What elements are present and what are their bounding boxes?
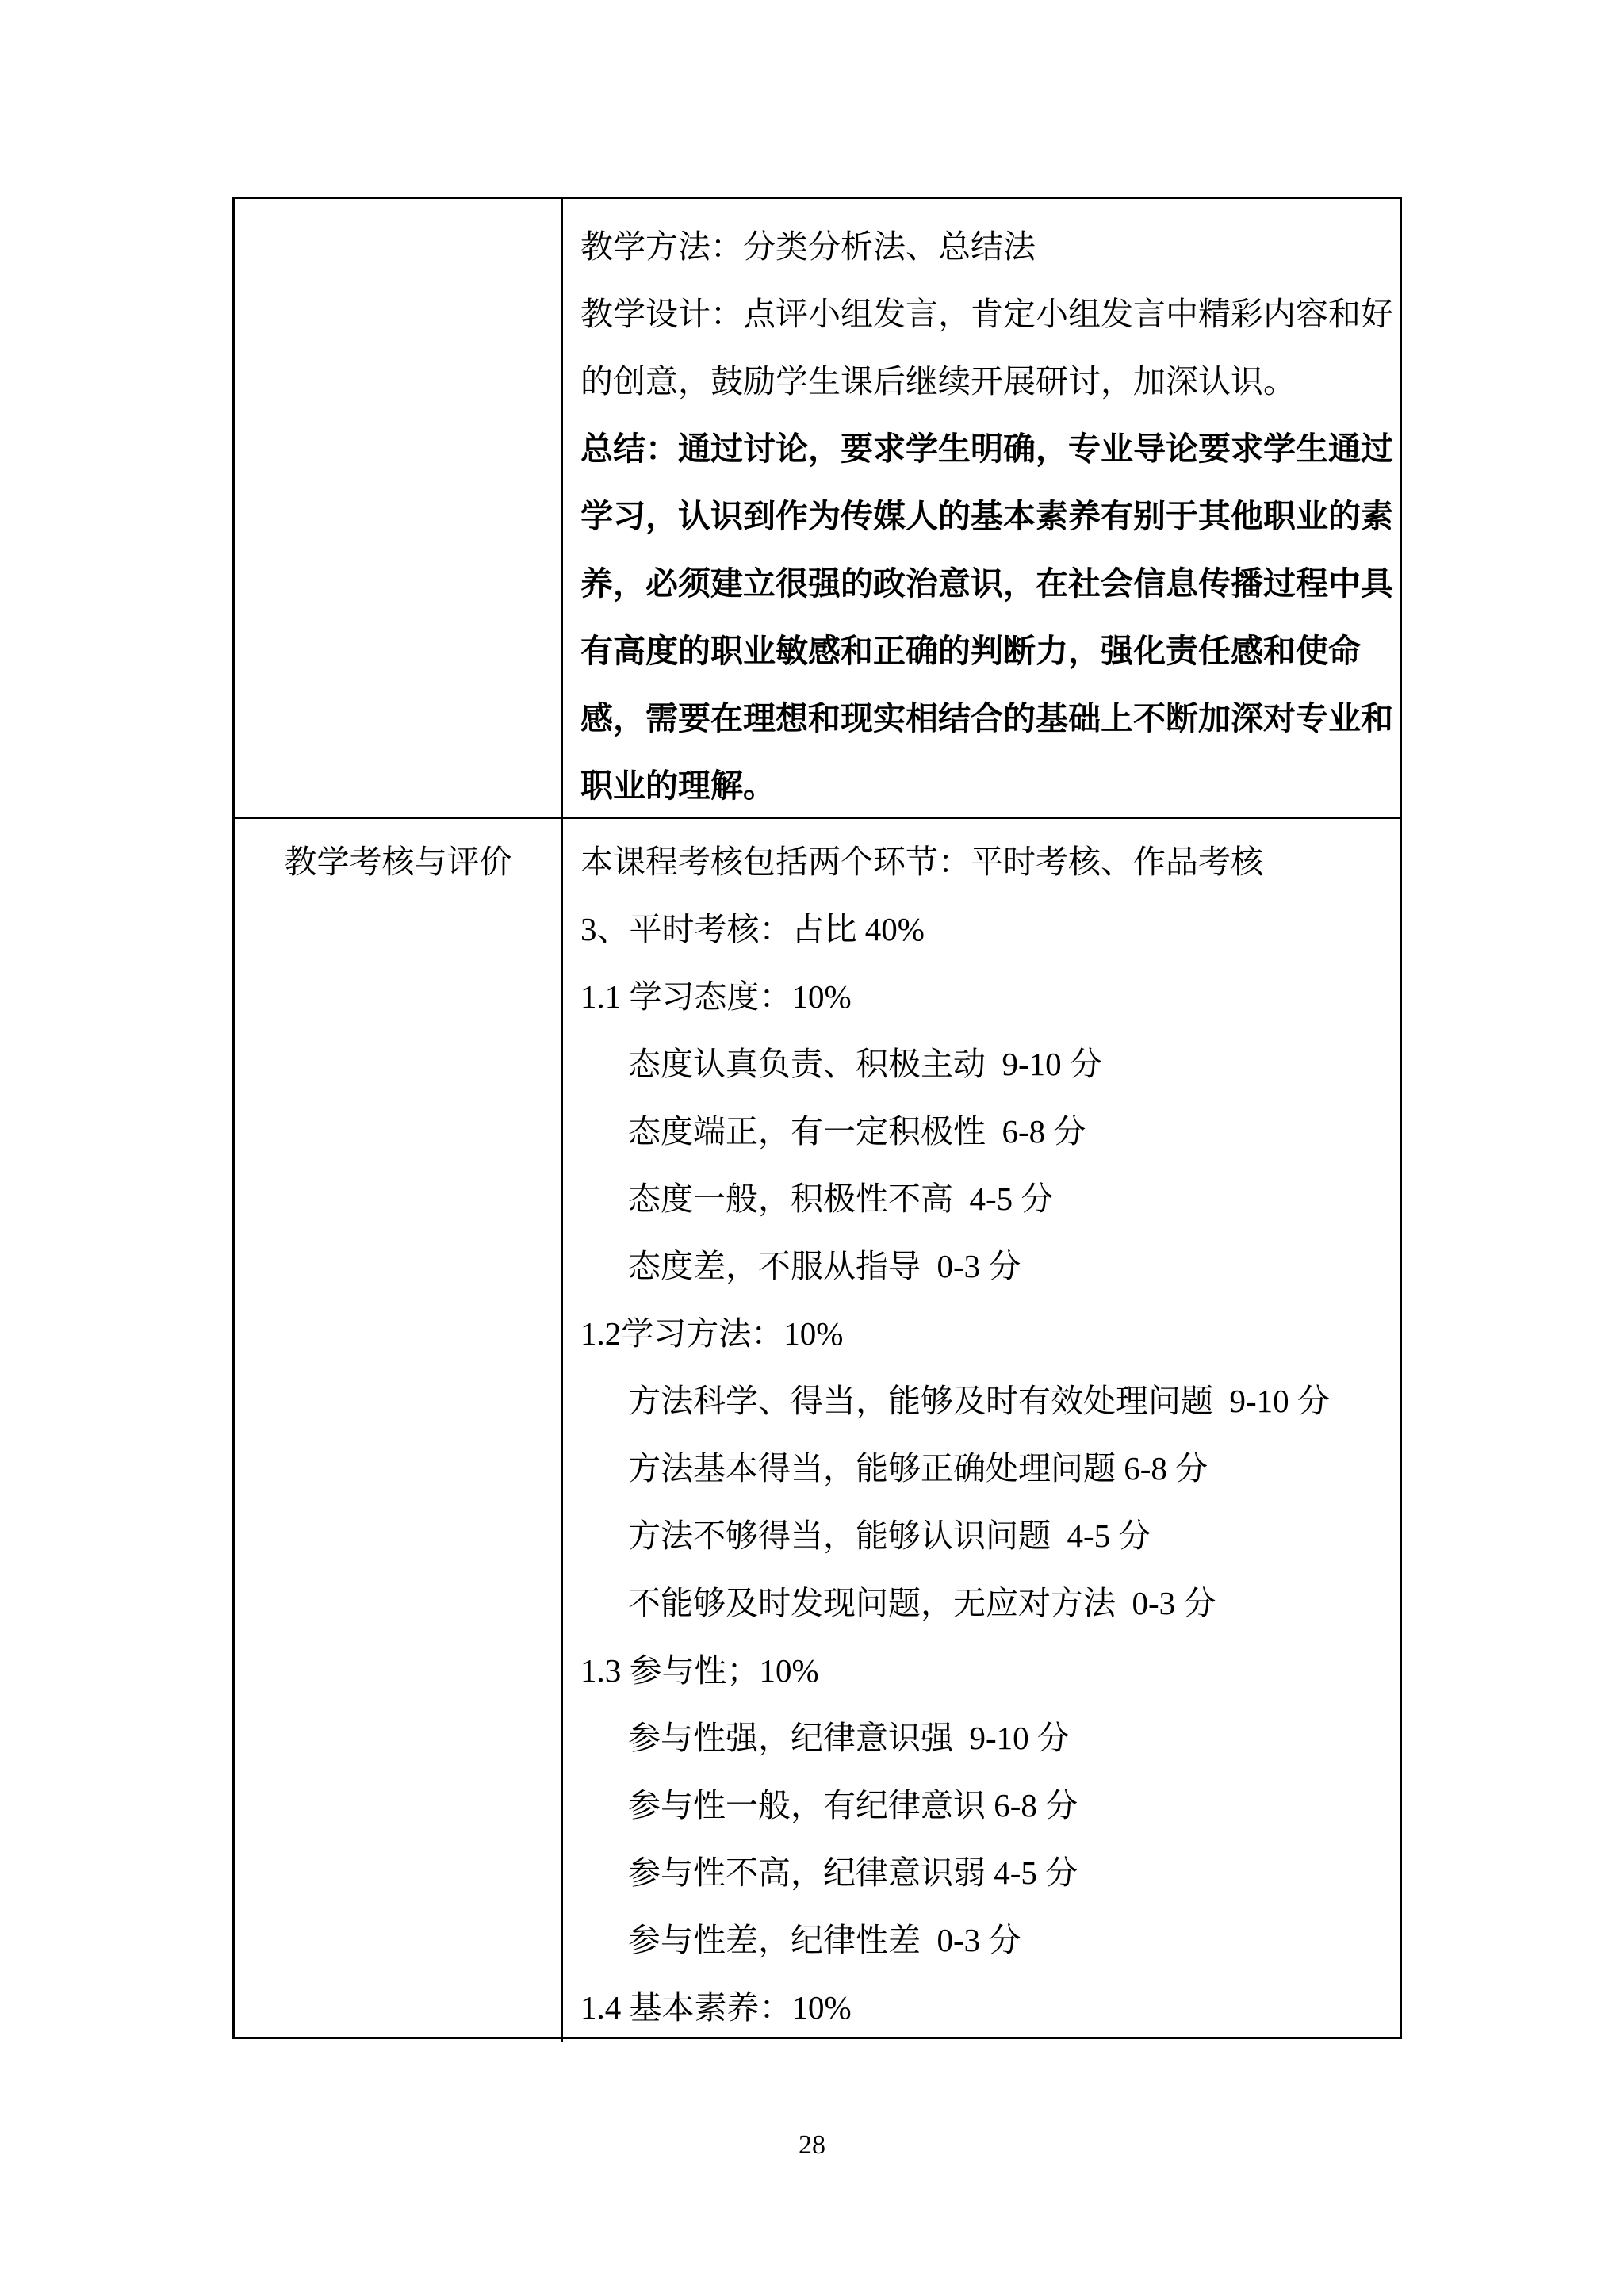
text-line: 方法科学、得当，能够及时有效处理问题 9-10 分 [580, 1368, 1387, 1435]
text-line: 学习，认识到作为传媒人的基本素养有别于其他职业的素 [580, 483, 1387, 550]
text-line: 不能够及时发现问题，无应对方法 0-3 分 [580, 1570, 1387, 1637]
text-line: 3、平时考核：占比 40% [580, 896, 1387, 963]
text-line: 方法基本得当，能够正确处理问题 6-8 分 [580, 1435, 1387, 1502]
text-line: 1.2学习方法：10% [580, 1300, 1387, 1368]
text-line: 本课程考核包括两个环节：平时考核、作品考核 [580, 828, 1387, 896]
text-line: 参与性一般，有纪律意识 6-8 分 [580, 1772, 1387, 1839]
row-header-label: 教学考核与评价 [235, 828, 561, 896]
row1-content-cell: 教学方法：分类分析法、总结法 教学设计：点评小组发言，肯定小组发言中精彩内容和好… [563, 199, 1400, 817]
text-line: 参与性不高，纪律意识弱 4-5 分 [580, 1839, 1387, 1907]
page-number: 28 [0, 2126, 1624, 2164]
text-line: 参与性差，纪律性差 0-3 分 [580, 1907, 1387, 1974]
row2-header-cell: 教学考核与评价 [235, 819, 563, 2042]
text-line: 感，需要在理想和现实相结合的基础上不断加深对专业和 [580, 685, 1387, 752]
text-line: 参与性强，纪律意识强 9-10 分 [580, 1705, 1387, 1772]
text-line: 方法不够得当，能够认识问题 4-5 分 [580, 1502, 1387, 1570]
text-line: 职业的理解。 [580, 752, 1387, 817]
syllabus-table: 教学方法：分类分析法、总结法 教学设计：点评小组发言，肯定小组发言中精彩内容和好… [232, 197, 1402, 2039]
row1-header-cell [235, 199, 563, 817]
text-line: 态度一般，积极性不高 4-5 分 [580, 1165, 1387, 1233]
text-line: 总结：通过讨论，要求学生明确，专业导论要求学生通过 [580, 415, 1387, 483]
text-line: 有高度的职业敏感和正确的判断力，强化责任感和使命 [580, 618, 1387, 685]
text-line: 教学方法：分类分析法、总结法 [580, 213, 1387, 281]
text-line: 养，必须建立很强的政治意识，在社会信息传播过程中具 [580, 550, 1387, 618]
row2-content-cell: 本课程考核包括两个环节：平时考核、作品考核 3、平时考核：占比 40% 1.1 … [563, 819, 1400, 2042]
text-line: 态度端正，有一定积极性 6-8 分 [580, 1098, 1387, 1165]
table-row: 教学考核与评价 本课程考核包括两个环节：平时考核、作品考核 3、平时考核：占比 … [235, 819, 1400, 2042]
text-line: 态度差，不服从指导 0-3 分 [580, 1233, 1387, 1300]
text-line: 教学设计：点评小组发言，肯定小组发言中精彩内容和好 [580, 281, 1387, 348]
text-line: 的创意，鼓励学生课后继续开展研讨，加深认识。 [580, 348, 1387, 415]
text-line: 1.3 参与性；10% [580, 1637, 1387, 1705]
document-page: 教学方法：分类分析法、总结法 教学设计：点评小组发言，肯定小组发言中精彩内容和好… [0, 0, 1624, 2296]
text-line: 态度认真负责、积极主动 9-10 分 [580, 1031, 1387, 1098]
table-row: 教学方法：分类分析法、总结法 教学设计：点评小组发言，肯定小组发言中精彩内容和好… [235, 199, 1400, 819]
text-line: 1.4 基本素养：10% [580, 1974, 1387, 2042]
text-line: 1.1 学习态度：10% [580, 963, 1387, 1031]
